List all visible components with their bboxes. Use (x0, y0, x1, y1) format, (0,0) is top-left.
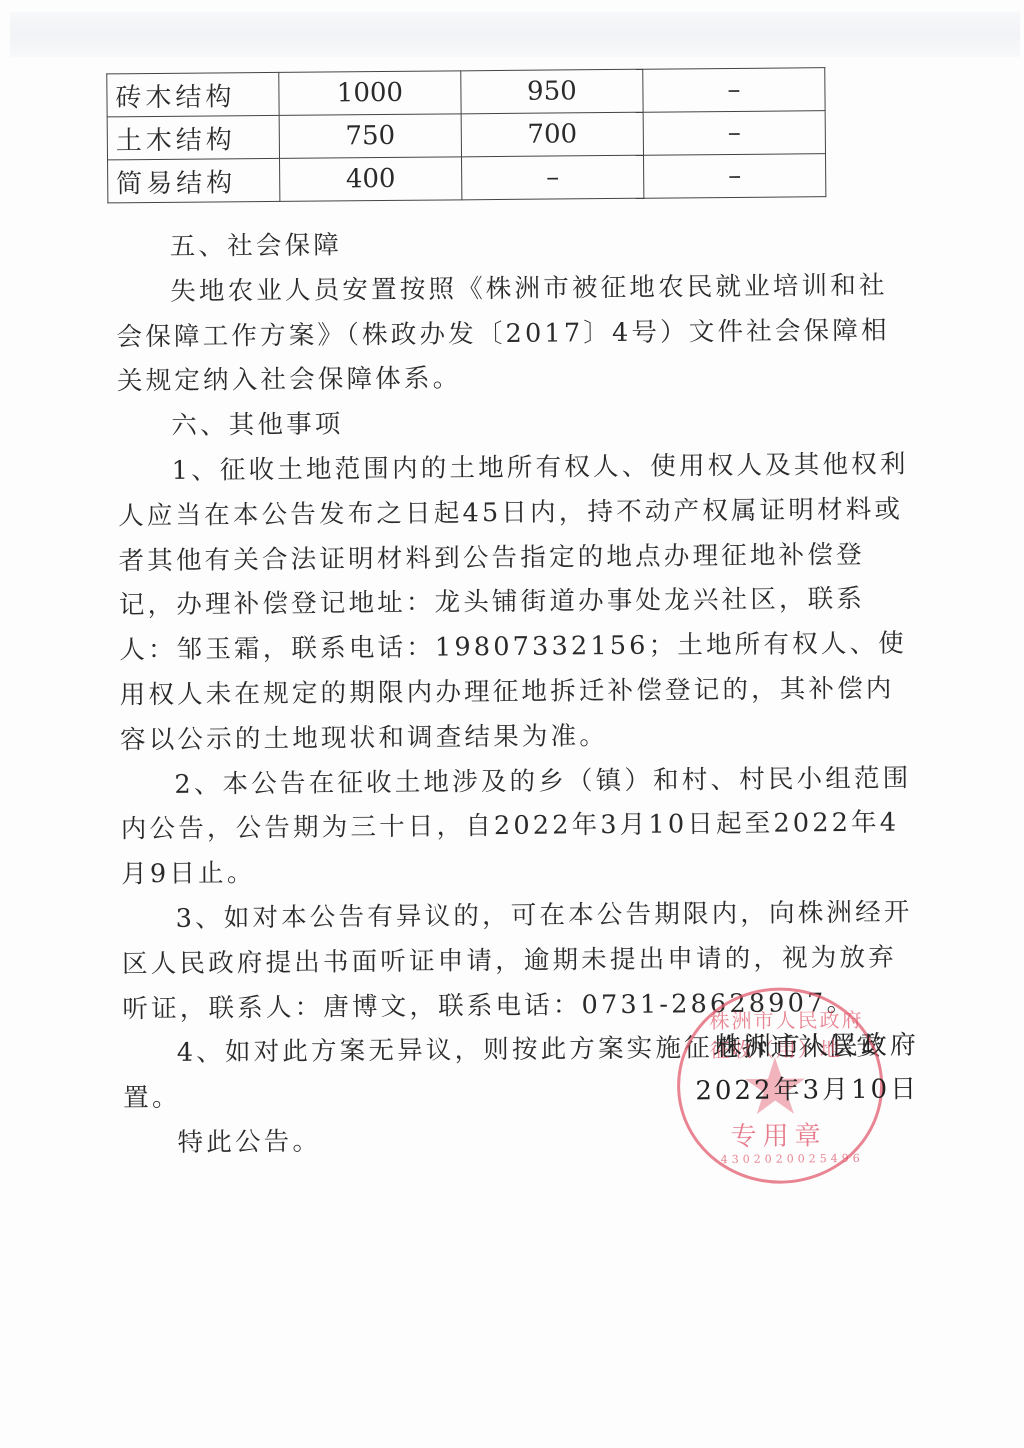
cell-value: – (643, 68, 825, 113)
seal-code: 4302020025496 (721, 1152, 864, 1166)
issue-date: 2022年3月10日 (695, 1068, 919, 1107)
compensation-table: 砖木结构 1000 950 – 土木结构 750 700 – 简易结构 400 … (106, 67, 826, 203)
cell-value: 700 (461, 112, 643, 157)
cell-value: 750 (279, 114, 461, 159)
row-label: 土木结构 (107, 115, 279, 159)
section-heading-other-matters: 六、其他事项 (117, 398, 917, 450)
table-row: 简易结构 400 – – (108, 154, 826, 203)
cell-value: – (643, 111, 825, 156)
row-label: 砖木结构 (107, 72, 279, 116)
document-page: 砖木结构 1000 950 – 土木结构 750 700 – 简易结构 400 … (0, 0, 1024, 1448)
table-row: 砖木结构 1000 950 – (107, 68, 825, 117)
seal-usage-text: 专用章 (730, 1115, 826, 1153)
issuer-name: 株洲市人民政府 (716, 1024, 919, 1063)
item-registration: 1、征收土地范围内的土地所有权人、使用权人及其他权利人应当在本公告发布之日起45… (118, 442, 921, 763)
section-heading-social-security: 五、社会保障 (116, 218, 916, 270)
cell-value: – (643, 154, 825, 199)
cell-value: 950 (461, 69, 643, 114)
row-label: 简易结构 (108, 158, 280, 202)
table-row: 土木结构 750 700 – (107, 111, 825, 160)
cell-value: – (462, 155, 644, 200)
cell-value: 1000 (279, 71, 461, 116)
paragraph-social-security: 失地农业人员安置按照《株洲市被征地农民就业培训和社会保障工作方案》（株政办发〔2… (116, 263, 917, 404)
cell-value: 400 (280, 157, 462, 202)
item-announcement-period: 2、本公告在征收土地涉及的乡（镇）和村、村民小组范围内公告，公告期为三十日，自2… (120, 756, 921, 897)
